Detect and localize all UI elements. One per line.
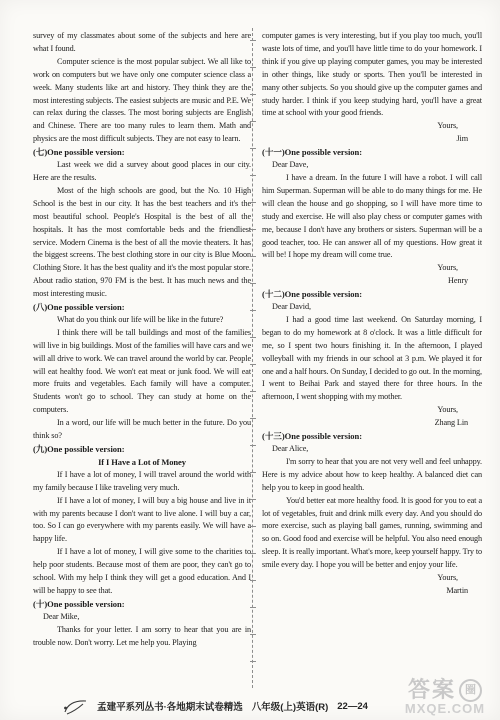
essay-paragraph: In a word, our life will be much better … (33, 417, 251, 443)
footer-book-title: 八年级(上)英语(R) (252, 699, 329, 713)
essay-paragraph: If I have a lot of money, I will buy a b… (33, 495, 251, 547)
letter-signature: Jim (262, 133, 482, 146)
letter-salutation: Dear Alice, (262, 443, 482, 456)
letter-closing: Yours, (262, 404, 482, 417)
essay-paragraph: Thanks for your letter. I am sorry to he… (33, 624, 251, 650)
essay-paragraph: Last week we did a survey about good pla… (33, 159, 251, 185)
letter-closing: Yours, (262, 572, 482, 585)
footer-series-title: 孟建平系列丛书·各地期末试卷精选 (97, 699, 243, 713)
essay-paragraph: If I have a lot of money, I will travel … (33, 469, 251, 495)
section-header: (十二)One possible version: (262, 288, 482, 301)
section-header: (十一)One possible version: (262, 146, 482, 159)
essay-paragraph: What do you think our life will be like … (33, 314, 251, 327)
letter-signature: Zhang Lin (262, 417, 482, 430)
left-column: survey of my classmates about some of th… (33, 30, 251, 694)
essay-paragraph: survey of my classmates about some of th… (33, 30, 251, 56)
section-header: (九)One possible version: (33, 443, 251, 456)
scanned-book-page: survey of my classmates about some of th… (0, 0, 500, 720)
watermark-text: 答案 (408, 678, 456, 702)
page-footer: 孟建平系列丛书·各地期末试卷精选 八年级(上)英语(R) 22—24 (0, 696, 430, 716)
footer-page-range: 22—24 (337, 701, 368, 712)
essay-paragraph: I had a good time last weekend. On Satur… (262, 314, 482, 404)
section-header: (八)One possible version: (33, 301, 251, 314)
letter-salutation: Dear Mike, (33, 611, 251, 624)
essay-paragraph: I have a dream. In the future I will hav… (262, 172, 482, 262)
letter-signature: Martin (262, 585, 482, 598)
publisher-logo-swoosh-icon (62, 697, 88, 715)
letter-salutation: Dear David, (262, 301, 482, 314)
section-header: (七)One possible version: (33, 146, 251, 159)
answer-site-watermark: 答案 圈 MXQE.COM (392, 678, 498, 716)
essay-paragraph: You'd better eat more healthy food. It i… (262, 495, 482, 572)
column-divider-dashed-line (252, 28, 253, 688)
essay-paragraph: Computer science is the most popular sub… (33, 56, 251, 146)
section-header: (十三)One possible version: (262, 430, 482, 443)
letter-closing: Yours, (262, 120, 482, 133)
watermark-site-url: MXQE.COM (392, 702, 498, 716)
letter-closing: Yours, (262, 262, 482, 275)
watermark-circle-badge-icon: 圈 (459, 679, 482, 702)
letter-signature: Henry (262, 275, 482, 288)
letter-salutation: Dear Dave, (262, 159, 482, 172)
essay-paragraph: If I have a lot of money, I will give so… (33, 546, 251, 598)
watermark-logo: 答案 圈 (392, 678, 498, 702)
section-header: (十)One possible version: (33, 598, 251, 611)
essay-paragraph: Most of the high schools are good, but t… (33, 185, 251, 301)
essay-paragraph: computer games is very interesting, but … (262, 30, 482, 120)
essay-paragraph: I'm sorry to hear that you are not very … (262, 456, 482, 495)
right-column: computer games is very interesting, but … (262, 30, 482, 694)
essay-title: If I Have a Lot of Money (33, 456, 251, 469)
essay-paragraph: I think there will be tall buildings and… (33, 327, 251, 417)
